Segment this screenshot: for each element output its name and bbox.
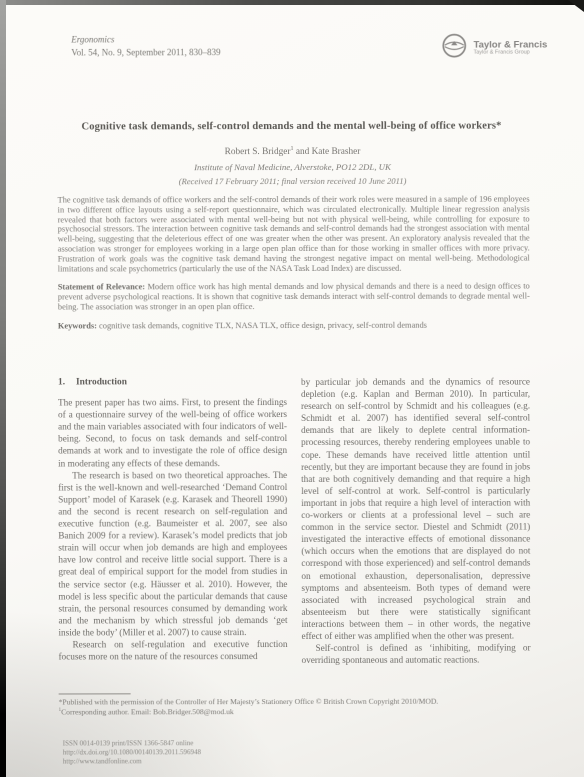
body-right-column: by particular job demands and the dynami… [301,376,531,696]
keywords-text: cognitive task demands, cognitive TLX, N… [99,320,427,330]
article-title: Cognitive task demands, self-control dem… [39,120,543,132]
footnote-corresponding-author: 1Corresponding author. Email: Bob.Bridge… [59,706,531,717]
issn-line: ISSN 0014-0139 print/ISSN 1366-5847 onli… [63,739,201,748]
paragraph: by particular job demands and the dynami… [301,376,531,643]
abstract-text: The cognitive task demands of office wor… [58,195,530,274]
publisher-tagline: Taylor & Francis Group [474,50,548,56]
website-line: http://www.tandfonline.com [63,757,201,766]
paragraph: Research on self-regulation and executiv… [59,638,288,663]
journal-header: Ergonomics Vol. 54, No. 9, September 201… [71,33,220,59]
relevance-label: Statement of Relevance: [58,283,145,292]
author-1: Robert S. Bridger [225,147,291,157]
body-columns: 1.Introduction The present paper has two… [58,376,531,697]
publisher-logo-text: Taylor & Francis Taylor & Francis Group [474,40,548,56]
imprint-block: ISSN 0014-0139 print/ISSN 1366-5847 onli… [63,739,201,766]
affiliation-line: Institute of Naval Medicine, Alverstoke,… [58,162,528,173]
doi-line: http://dx.doi.org/10.1080/00140139.2011.… [63,748,201,757]
journal-name: Ergonomics [71,33,220,46]
footnote-rule [59,693,131,694]
author-2: and Kate Brasher [293,147,360,157]
footnote-block: *Published with the permission of the Co… [59,693,531,717]
publisher-logo: Taylor & Francis Taylor & Francis Group [442,32,548,63]
received-line: (Received 17 February 2011; final versio… [58,176,528,187]
authors-line: Robert S. Bridger1 and Kate Brasher [57,147,527,158]
keywords-label: Keywords: [58,321,99,330]
keywords-line: Keywords: cognitive task demands, cognit… [58,320,530,331]
section-number: 1. [58,377,65,387]
taylor-francis-globe-icon [442,33,468,64]
footnote-text: Corresponding author. Email: Bob.Bridger… [61,707,234,716]
abstract: The cognitive task demands of office wor… [58,195,530,341]
section-title: Introduction [76,377,127,387]
paragraph: The research is based on two theoretical… [58,469,287,639]
scanned-page: Ergonomics Vol. 54, No. 9, September 201… [0,0,584,777]
page-content: Ergonomics Vol. 54, No. 9, September 201… [0,0,584,777]
journal-issue-line: Vol. 54, No. 9, September 2011, 830–839 [71,46,220,59]
statement-of-relevance: Statement of Relevance: Modern office wo… [58,282,530,312]
body-left-column: 1.Introduction The present paper has two… [58,376,288,696]
section-1-heading: 1.Introduction [58,376,287,389]
paragraph: Self-control is defined as ‘inhibiting, … [302,642,531,667]
paragraph: The present paper has two aims. First, t… [58,396,287,469]
